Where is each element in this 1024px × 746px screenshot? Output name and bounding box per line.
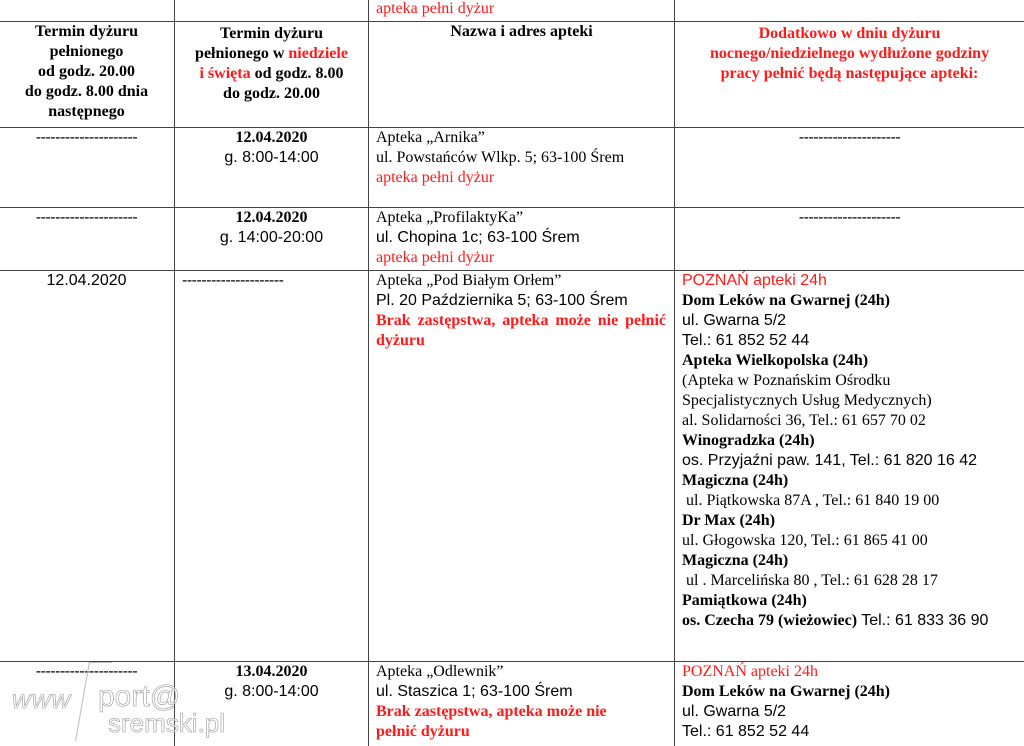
cell-empty <box>175 0 369 22</box>
status-text: apteka pełni dyżur <box>376 168 667 188</box>
header-text: od godz. 8.00 <box>251 65 344 82</box>
extra-hours-cell: --------------------- <box>675 128 1024 208</box>
pharmacy-cell: Apteka „ProfilaktyKa” ul. Chopina 1c; 63… <box>369 208 675 271</box>
pharmacy-name: Apteka „Pod Białym Orłem” <box>376 271 667 291</box>
table-row: 12.04.2020 --------------------- Apteka … <box>0 271 1024 662</box>
extra-pharmacy-name: Apteka Wielkopolska (24h) <box>682 351 1017 371</box>
duty-hours: g. 14:00-20:00 <box>182 228 361 248</box>
night-duty-cell: 12.04.2020 <box>0 271 175 662</box>
pharmacy-name: Apteka „Odlewnik” <box>376 662 667 682</box>
night-duty-cell: --------------------- <box>0 128 175 208</box>
header-line: pracy pełnić będą następujące apteki: <box>682 64 1017 84</box>
extra-pharmacy-name: Dom Leków na Gwarnej (24h) <box>682 291 1017 311</box>
table-row: --------------------- 12.04.2020 g. 8:00… <box>0 128 1024 208</box>
header-highlight: i święta <box>199 65 250 82</box>
header-line: następnego <box>6 102 167 122</box>
night-duty-cell: --------------------- <box>0 208 175 271</box>
extra-line: Specjalistycznych Usług Medycznych) <box>682 391 1017 411</box>
warning-text: Brak zastępstwa, apteka może nie pełnić … <box>376 311 666 351</box>
warning-text: Brak zastępstwa, apteka może nie pełnić … <box>376 702 646 742</box>
extra-line: os. Czecha 79 (wieżowiec) Tel.: 61 833 3… <box>682 611 1017 631</box>
table-row-top-partial: apteka pełni dyżur <box>0 0 1024 22</box>
extra-line: ul. Piątkowska 87A , Tel.: 61 840 19 00 <box>682 491 1017 511</box>
extra-line: (Apteka w Poznańskim Ośrodku <box>682 371 1017 391</box>
status-text: apteka pełni dyżur <box>376 248 667 268</box>
table-row: --------------------- 13.04.2020 g. 8:00… <box>0 662 1024 746</box>
header-sunday-duty: Termin dyżuru pełnionego w niedziele i ś… <box>175 22 369 128</box>
header-line: pełnionego w niedziele <box>182 44 361 64</box>
pharmacy-address: ul. Chopina 1c; 63-100 Śrem <box>376 228 667 248</box>
extra-line: ul. Gwarna 5/2 <box>682 702 1017 722</box>
cell-empty <box>675 0 1024 22</box>
pharmacy-address: ul. Staszica 1; 63-100 Śrem <box>376 682 667 702</box>
extra-pharmacy-name: Magiczna (24h) <box>682 471 1017 491</box>
header-line: Dodatkowo w dniu dyżuru <box>682 24 1017 44</box>
extra-title: POZNAŃ apteki 24h <box>682 662 1017 682</box>
sunday-duty-cell: --------------------- <box>175 271 369 662</box>
extra-pharmacy-name: Pamiątkowa (24h) <box>682 591 1017 611</box>
duty-hours: g. 8:00-14:00 <box>182 682 361 702</box>
pharmacy-cell: Apteka „Odlewnik” ul. Staszica 1; 63-100… <box>369 662 675 746</box>
duty-hours: g. 8:00-14:00 <box>182 148 361 168</box>
header-night-duty: Termin dyżuru pełnionego od godz. 20.00 … <box>0 22 175 128</box>
extra-pharmacy-name: Dom Leków na Gwarnej (24h) <box>682 682 1017 702</box>
pharmacy-name: Apteka „Arnika” <box>376 128 667 148</box>
cell-empty <box>0 0 175 22</box>
header-line: Termin dyżuru <box>6 22 167 42</box>
extra-line: al. Solidarności 36, Tel.: 61 657 70 02 <box>682 411 1017 431</box>
header-highlight: niedziele <box>288 45 348 62</box>
duty-date: 12.04.2020 <box>182 128 361 148</box>
header-line: i święta od godz. 8.00 <box>182 64 361 84</box>
pharmacy-address: ul. Powstańców Wlkp. 5; 63-100 Śrem <box>376 148 667 168</box>
pharmacy-address: Pl. 20 Października 5; 63-100 Śrem <box>376 291 667 311</box>
header-line: nocnego/niedzielnego wydłużone godziny <box>682 44 1017 64</box>
extra-line: ul. Głogowska 120, Tel.: 61 865 41 00 <box>682 531 1017 551</box>
header-text: pełnionego w <box>195 45 288 62</box>
extra-address-bold: os. Czecha 79 (wieżowiec) <box>682 612 857 629</box>
sunday-duty-cell: 12.04.2020 g. 8:00-14:00 <box>175 128 369 208</box>
extra-phone: Tel.: 61 852 52 44 <box>682 331 1017 351</box>
extra-title: POZNAŃ apteki 24h <box>682 271 1017 291</box>
header-line: od godz. 20.00 <box>6 62 167 82</box>
extra-pharmacy-name: Magiczna (24h) <box>682 551 1017 571</box>
sunday-duty-cell: 12.04.2020 g. 14:00-20:00 <box>175 208 369 271</box>
extra-line: os. Przyjaźni paw. 141, Tel.: 61 820 16 … <box>682 451 1017 471</box>
header-extra-hours: Dodatkowo w dniu dyżuru nocnego/niedziel… <box>675 22 1024 128</box>
pharmacy-cell: Apteka „Arnika” ul. Powstańców Wlkp. 5; … <box>369 128 675 208</box>
extra-line: ul. Gwarna 5/2 <box>682 311 1017 331</box>
header-pharmacy-name: Nazwa i adres apteki <box>369 22 675 128</box>
extra-phone: Tel.: 61 852 52 44 <box>682 722 1017 742</box>
extra-hours-cell: POZNAŃ apteki 24h Dom Leków na Gwarnej (… <box>675 271 1024 662</box>
extra-hours-cell: POZNAŃ apteki 24h Dom Leków na Gwarnej (… <box>675 662 1024 746</box>
pharmacy-cell: Apteka „Pod Białym Orłem” Pl. 20 Paździe… <box>369 271 675 662</box>
extra-hours-cell: --------------------- <box>675 208 1024 271</box>
extra-pharmacy-name: Winogradzka (24h) <box>682 431 1017 451</box>
duty-date: 13.04.2020 <box>182 662 361 682</box>
sunday-duty-cell: 13.04.2020 g. 8:00-14:00 <box>175 662 369 746</box>
extra-pharmacy-name: Dr Max (24h) <box>682 511 1017 531</box>
table-header-row: Termin dyżuru pełnionego od godz. 20.00 … <box>0 22 1024 128</box>
header-line: do godz. 8.00 dnia <box>6 82 167 102</box>
header-line: do godz. 20.00 <box>182 84 361 104</box>
duty-date: 12.04.2020 <box>182 208 361 228</box>
pharmacy-name: Apteka „ProfilaktyKa” <box>376 208 667 228</box>
night-duty-cell: --------------------- <box>0 662 175 746</box>
extra-line: ul . Marcelińska 80 , Tel.: 61 628 28 17 <box>682 571 1017 591</box>
table-row: --------------------- 12.04.2020 g. 14:0… <box>0 208 1024 271</box>
header-line: pełnionego <box>6 42 167 62</box>
pharmacy-duty-table: apteka pełni dyżur Termin dyżuru pełnion… <box>0 0 1024 746</box>
header-line: Termin dyżuru <box>182 24 361 44</box>
extra-phone: Tel.: 61 833 36 90 <box>857 612 988 629</box>
status-text: apteka pełni dyżur <box>369 0 675 22</box>
